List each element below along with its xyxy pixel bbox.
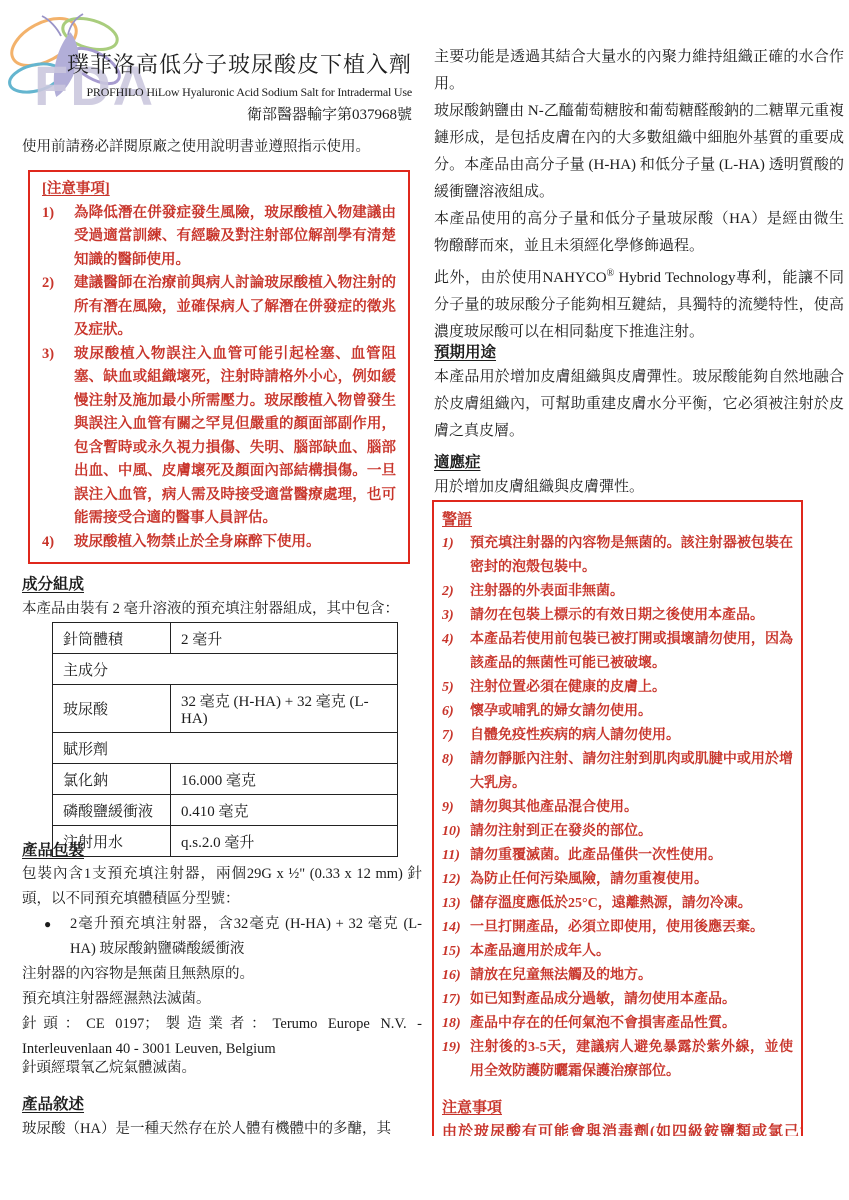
warning-item: 4)本產品若使用前包裝已被打開或損壞請勿使用，因為該產品的無菌性可能已被破壞。 <box>442 628 793 676</box>
warning-item: 3)請勿在包裝上標示的有效日期之後使用本產品。 <box>442 604 793 628</box>
item-number: 4) <box>42 531 74 555</box>
item-text: 請勿重覆滅菌。此產品僅供一次性使用。 <box>470 844 793 868</box>
item-text: 為防止任何污染風險，請勿重複使用。 <box>470 868 793 892</box>
precautions-heading: 注意事項 <box>442 1096 793 1120</box>
table-cell-label: 賦形劑 <box>53 733 398 764</box>
table-cell-value: q.s.2.0 毫升 <box>171 826 398 857</box>
description-paragraph: 主要功能是透過其結合大量水的內聚力維持組織正確的水合作用。 <box>434 44 844 98</box>
table-cell-value: 2 毫升 <box>171 623 398 654</box>
description-paragraph: 玻尿酸鈉鹽由 N-乙醯葡萄糖胺和葡萄糖醛酸鈉的二糖單元重複鏈形成，是包括皮膚在內… <box>434 98 844 206</box>
item-number: 10) <box>442 820 470 844</box>
intended-use-text: 本產品用於增加皮膚組織與皮膚彈性。玻尿酸能夠自然地融合於皮膚組織內，可幫助重建皮… <box>434 364 844 445</box>
warning-item: 14)一旦打開產品，必須立即使用，使用後應丟棄。 <box>442 916 793 940</box>
warning-item: 16)請放在兒童無法觸及的地方。 <box>442 964 793 988</box>
item-text: 注射器的外表面非無菌。 <box>470 580 793 604</box>
table-cell-label: 磷酸鹽緩衝液 <box>53 795 171 826</box>
packaging-paragraph: 注射器的內容物是無菌且無熱原的。 <box>22 962 422 987</box>
product-title-en: PROFHILO HiLow Hyaluronic Acid Sodium Sa… <box>22 82 412 102</box>
item-text: 注射後的3-5天，建議病人避免暴露於紫外線，並使用全效防護防曬霜保護治療部位。 <box>470 1036 793 1084</box>
item-text: 如已知對產品成分過敏，請勿使用本產品。 <box>470 988 793 1012</box>
item-text: 一旦打開產品，必須立即使用，使用後應丟棄。 <box>470 916 793 940</box>
item-text: 請放在兒童無法觸及的地方。 <box>470 964 793 988</box>
table-row: 主成分 <box>53 654 398 685</box>
table-row: 針筒體積 2 毫升 <box>53 623 398 654</box>
item-text: 本產品若使用前包裝已被打開或損壞請勿使用，因為該產品的無菌性可能已被破壞。 <box>470 628 793 676</box>
item-number: 11) <box>442 844 470 868</box>
warning-item: 15)本產品適用於成年人。 <box>442 940 793 964</box>
warning-box-title: 警語 <box>442 508 793 532</box>
item-number: 9) <box>442 796 470 820</box>
item-number: 18) <box>442 1012 470 1036</box>
warning-item: 1)預充填注射器的內容物是無菌的。該注射器被包裝在密封的泡殼包裝中。 <box>442 532 793 580</box>
item-text: 為降低潛在併發症發生風險，玻尿酸植入物建議由受過適當訓練、有經驗及對注射部位解剖… <box>74 202 396 273</box>
item-number: 1) <box>42 202 74 273</box>
item-number: 2) <box>42 272 74 343</box>
item-number: 14) <box>442 916 470 940</box>
item-text: 注射位置必須在健康的皮膚上。 <box>470 676 793 700</box>
packaging-paragraph: 針頭：CE 0197；製造業者：Terumo Europe N.V. - Int… <box>22 1012 422 1062</box>
warning-item: 9)請勿與其他產品混合使用。 <box>442 796 793 820</box>
item-text: 玻尿酸植入物禁止於全身麻醉下使用。 <box>74 531 396 555</box>
description-paragraph: 本產品使用的高分子量和低分子量玻尿酸（HA）是經由微生物醱酵而來，並且未須經化學… <box>434 206 844 260</box>
warning-item: 10)請勿注射到正在發炎的部位。 <box>442 820 793 844</box>
warning-item: 8)請勿靜脈內注射、請勿注射到肌肉或肌腱中或用於增大乳房。 <box>442 748 793 796</box>
warning-item: 12)為防止任何污染風險，請勿重複使用。 <box>442 868 793 892</box>
item-number: 7) <box>442 724 470 748</box>
warning-item: 11)請勿重覆滅菌。此產品僅供一次性使用。 <box>442 844 793 868</box>
warning-item: 6)懷孕或哺乳的婦女請勿使用。 <box>442 700 793 724</box>
section-heading-packaging: 產品包裝 <box>22 838 84 860</box>
item-text: 懷孕或哺乳的婦女請勿使用。 <box>470 700 793 724</box>
item-text: 本產品適用於成年人。 <box>470 940 793 964</box>
table-cell-value: 32 毫克 (H-HA) + 32 毫克 (L-HA) <box>171 685 398 733</box>
item-number: 5) <box>442 676 470 700</box>
warning-item: 17)如已知對產品成分過敏，請勿使用本產品。 <box>442 988 793 1012</box>
item-number: 3) <box>442 604 470 628</box>
warning-item: 2)注射器的外表面非無菌。 <box>442 580 793 604</box>
table-cell-label: 氯化鈉 <box>53 764 171 795</box>
license-number: 衛部醫器輸字第037968號 <box>22 104 412 126</box>
item-text: 預充填注射器的內容物是無菌的。該注射器被包裝在密封的泡殼包裝中。 <box>470 532 793 580</box>
packaging-paragraph: 包裝內含1支預充填注射器，兩個29G x ½" (0.33 x 12 mm) 針… <box>22 862 422 912</box>
item-text: 建議醫師在治療前與病人討論玻尿酸植入物注射的所有潛在風險，並確保病人了解潛在併發… <box>74 272 396 343</box>
warning-item: 13)儲存溫度應低於25°C，遠離熱源，請勿冷凍。 <box>442 892 793 916</box>
warning-item: 18)產品中存在的任何氣泡不會損害產品性質。 <box>442 1012 793 1036</box>
item-number: 16) <box>442 964 470 988</box>
item-number: 12) <box>442 868 470 892</box>
item-number: 17) <box>442 988 470 1012</box>
caution-box-title: [注意事項] <box>42 178 396 202</box>
usage-notice: 使用前請務必詳閱原廠之使用說明書並遵照指示使用。 <box>22 136 422 158</box>
item-number: 3) <box>42 343 74 531</box>
packaging-bullet-item: ● 2毫升預充填注射器，含32毫克 (H-HA) + 32 毫克 (L-HA) … <box>22 912 422 962</box>
item-number: 19) <box>442 1036 470 1084</box>
item-text: 儲存溫度應低於25°C，遠離熱源，請勿冷凍。 <box>470 892 793 916</box>
item-text: 產品中存在的任何氣泡不會損害產品性質。 <box>470 1012 793 1036</box>
bullet-text: 2毫升預充填注射器，含32毫克 (H-HA) + 32 毫克 (L-HA) 玻尿… <box>70 912 422 962</box>
item-text: 請勿注射到正在發炎的部位。 <box>470 820 793 844</box>
product-title-zh: 璞菲洛高低分子玻尿酸皮下植入劑 <box>22 50 412 80</box>
table-cell-label: 針筒體積 <box>53 623 171 654</box>
table-cell-value: 0.410 毫克 <box>171 795 398 826</box>
warning-item: 7)自體免疫性疾病的病人請勿使用。 <box>442 724 793 748</box>
item-number: 15) <box>442 940 470 964</box>
caution-item: 3) 玻尿酸植入物誤注入血管可能引起栓塞、血管阻塞、缺血或組織壞死，注射時請格外… <box>42 343 396 531</box>
warning-item: 19)注射後的3-5天，建議病人避免暴露於紫外線，並使用全效防護防曬霜保護治療部… <box>442 1036 793 1084</box>
item-text: 自體免疫性疾病的病人請勿使用。 <box>470 724 793 748</box>
description-text: 此外，由於使用NAHYCO <box>434 270 607 286</box>
section-heading-indications: 適應症 <box>434 450 481 472</box>
caution-item: 2) 建議醫師在治療前與病人討論玻尿酸植入物注射的所有潛在風險，並確保病人了解潛… <box>42 272 396 343</box>
item-text: 請勿靜脈內注射、請勿注射到肌肉或肌腱中或用於增大乳房。 <box>470 748 793 796</box>
caution-box: [注意事項] 1) 為降低潛在併發症發生風險，玻尿酸植入物建議由受過適當訓練、有… <box>28 170 410 564</box>
table-row: 注射用水 q.s.2.0 毫升 <box>53 826 398 857</box>
packaging-paragraph: 針頭經環氧乙烷氣體滅菌。 <box>22 1056 422 1081</box>
table-row: 賦形劑 <box>53 733 398 764</box>
description-continued: 主要功能是透過其結合大量水的內聚力維持組織正確的水合作用。 玻尿酸鈉鹽由 N-乙… <box>434 44 844 346</box>
description-paragraph: 玻尿酸（HA）是一種天然存在於人體有機體中的多醣，其 <box>22 1117 426 1142</box>
item-number: 8) <box>442 748 470 796</box>
item-text: 請勿在包裝上標示的有效日期之後使用本產品。 <box>470 604 793 628</box>
item-number: 13) <box>442 892 470 916</box>
caution-item: 1) 為降低潛在併發症發生風險，玻尿酸植入物建議由受過適當訓練、有經驗及對注射部… <box>42 202 396 273</box>
section-heading-description: 產品敘述 <box>22 1092 84 1114</box>
item-number: 1) <box>442 532 470 580</box>
item-number: 6) <box>442 700 470 724</box>
table-cell-value: 16.000 毫克 <box>171 764 398 795</box>
item-number: 2) <box>442 580 470 604</box>
warning-item: 5)注射位置必須在健康的皮膚上。 <box>442 676 793 700</box>
item-number: 4) <box>442 628 470 676</box>
document-header: 璞菲洛高低分子玻尿酸皮下植入劑 PROFHILO HiLow Hyaluroni… <box>22 50 412 126</box>
packaging-paragraph: 預充填注射器經濕熱法滅菌。 <box>22 987 422 1012</box>
description-paragraph: 此外，由於使用NAHYCO® Hybrid Technology專利，能讓不同分… <box>434 260 844 346</box>
item-text: 請勿與其他產品混合使用。 <box>470 796 793 820</box>
bullet-icon: ● <box>22 912 70 962</box>
caution-item: 4) 玻尿酸植入物禁止於全身麻醉下使用。 <box>42 531 396 555</box>
item-text: 玻尿酸植入物誤注入血管可能引起栓塞、血管阻塞、缺血或組織壞死，注射時請格外小心，… <box>74 343 396 531</box>
table-row: 磷酸鹽緩衝液 0.410 毫克 <box>53 795 398 826</box>
precautions-text: 由於玻尿酸有可能會與消毒劑(如四級銨鹽類或氯己定 <box>442 1120 793 1136</box>
section-heading-intended-use: 預期用途 <box>434 340 496 362</box>
indications-text: 用於增加皮膚組織與皮膚彈性。 <box>434 474 844 501</box>
table-row: 氯化鈉 16.000 毫克 <box>53 764 398 795</box>
warning-box: 警語 1)預充填注射器的內容物是無菌的。該注射器被包裝在密封的泡殼包裝中。 2)… <box>432 500 803 1136</box>
composition-table: 針筒體積 2 毫升 主成分 玻尿酸 32 毫克 (H-HA) + 32 毫克 (… <box>52 622 398 857</box>
composition-intro: 本產品由裝有 2 毫升溶液的預充填注射器組成，其中包含： <box>22 597 434 622</box>
table-cell-label: 玻尿酸 <box>53 685 171 733</box>
package-insert-page: FDA 璞菲洛高低分子玻尿酸皮下植入劑 PROFHILO HiLow Hyalu… <box>0 0 849 1200</box>
table-cell-label: 主成分 <box>53 654 398 685</box>
table-row: 玻尿酸 32 毫克 (H-HA) + 32 毫克 (L-HA) <box>53 685 398 733</box>
section-heading-composition: 成分組成 <box>22 572 84 594</box>
